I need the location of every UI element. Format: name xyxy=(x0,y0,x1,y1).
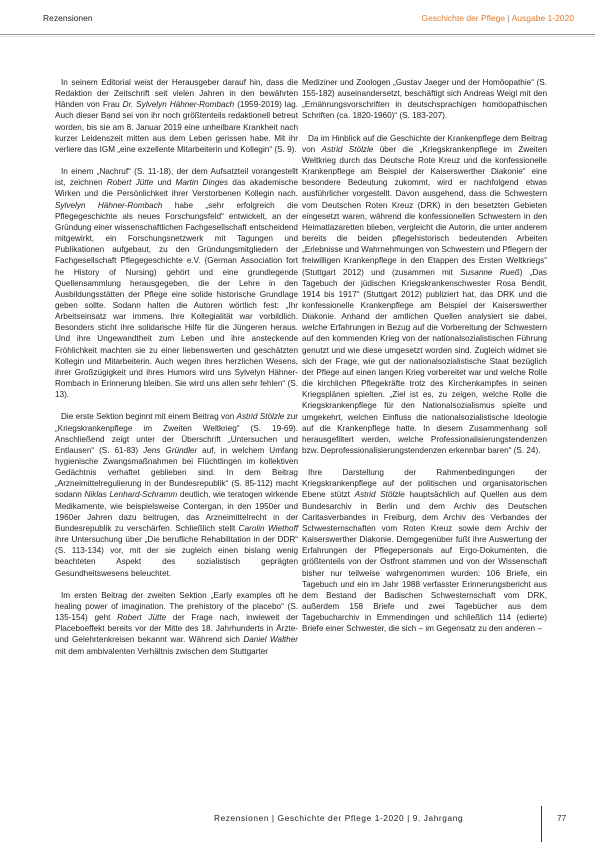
text: ihre Untersuchung über „Die berufliche R… xyxy=(55,535,298,577)
person-name: Sylvelyn Hähner-Rombach xyxy=(55,201,162,210)
page-number: 77 xyxy=(557,813,566,823)
person-name: Dr. Sylvelyn Hähner-Rombach xyxy=(123,100,235,109)
person-name: Astrid Stölzle xyxy=(237,412,285,421)
left-column: In seinem Editorial weist der Herausgebe… xyxy=(55,77,298,668)
person-name: Astrid Stölzle xyxy=(355,490,405,499)
person-name: Susanne Rueß xyxy=(460,268,520,277)
paragraph-first-section: Die erste Sektion beginnt mit einem Beit… xyxy=(55,411,298,578)
header-section-label: Rezensionen xyxy=(43,13,93,23)
paragraph-continuation: Mediziner und Zoologen „Gustav Jaeger un… xyxy=(302,77,547,122)
person-name: Robert Jütte xyxy=(107,178,154,187)
page-header: Rezensionen Geschichte der Pflege | Ausg… xyxy=(0,0,595,34)
text: Die erste Sektion beginnt mit einem Beit… xyxy=(61,412,237,421)
header-separator: | xyxy=(507,13,509,23)
text: ) „Das Tagebuch der jüdischen Kriegskran… xyxy=(302,268,547,456)
header-issue: Ausgabe 1-2020 xyxy=(512,13,574,23)
paragraph-sources: Ihre Darstellung der Rahmenbedingungen d… xyxy=(302,467,547,634)
person-name: Jens Gründler xyxy=(143,446,197,455)
right-column: Mediziner und Zoologen „Gustav Jaeger un… xyxy=(302,77,547,646)
footer-running-title: Rezensionen | Geschichte der Pflege 1-20… xyxy=(214,813,463,823)
paragraph-editorial: In seinem Editorial weist der Herausgebe… xyxy=(55,77,298,155)
person-name: Astrid Stölzle xyxy=(322,145,374,154)
text: Mediziner und Zoologen „Gustav Jaeger un… xyxy=(302,78,547,120)
text: mit dem ambivalenten Verhältnis zwischen… xyxy=(55,647,268,656)
person-name: Carolin Wiethoff xyxy=(239,524,298,533)
paragraph-stoelzle-overview: Da im Hinblick auf die Geschichte der Kr… xyxy=(302,133,547,457)
person-name: Daniel Walther xyxy=(243,635,298,644)
text: habe „sehr erfolgreich die Pflegegeschic… xyxy=(55,201,298,400)
header-journal-title: Geschichte der Pflege xyxy=(421,13,505,23)
paragraph-nachruf: In einem „Nachruf“ (S. 11-18), der dem A… xyxy=(55,166,298,400)
person-name: Martin Dinges xyxy=(176,178,229,187)
text: hauptsächlich auf Quellen aus dem Bundes… xyxy=(302,490,547,633)
person-name: Robert Jütte xyxy=(117,613,166,622)
header-journal-info: Geschichte der Pflege | Ausgabe 1-2020 xyxy=(421,13,574,23)
footer-divider xyxy=(541,806,542,842)
paragraph-second-section: Im ersten Beitrag der zweiten Sektion „E… xyxy=(55,590,298,657)
text: über die „Kriegskrankenpflege im Zweiten… xyxy=(302,145,547,277)
header-rule-shadow xyxy=(0,36,595,37)
header-rule xyxy=(0,34,595,35)
person-name: Niklas Lenhard-Schramm xyxy=(85,490,178,499)
text: und xyxy=(153,178,175,187)
